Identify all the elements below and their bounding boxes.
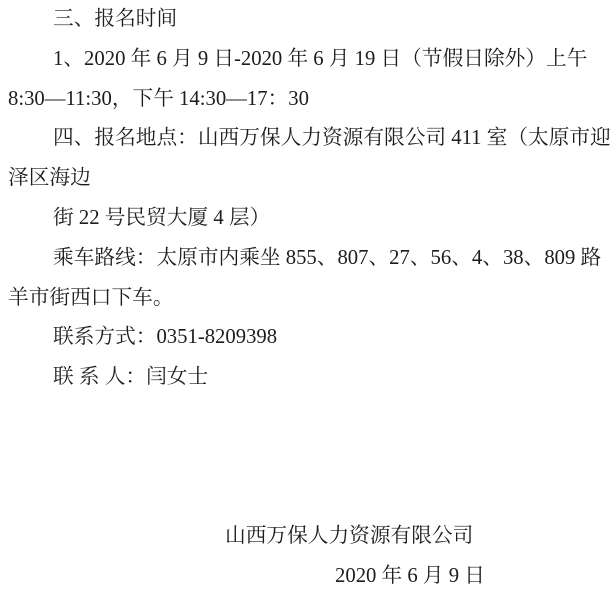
line-bus-route-1: 乘车路线：太原市内乘坐 855、807、27、56、4、38、809 路	[0, 239, 615, 279]
signature-date: 2020 年 6 月 9 日	[0, 557, 615, 592]
line-heading-registration-location: 四、报名地点：山西万保人力资源有限公司 411 室（太原市迎	[0, 119, 615, 159]
line-registration-time-detail-1: 1、2020 年 6 月 9 日-2020 年 6 月 19 日（节假日除外）上…	[0, 40, 615, 80]
line-bus-route-2: 羊市街西口下车。	[0, 279, 615, 319]
line-location-wrap-1: 泽区海边	[0, 159, 615, 199]
blank-space	[0, 398, 615, 517]
line-contact-phone: 联系方式：0351-8209398	[0, 318, 615, 358]
document-page: 三、报名时间 1、2020 年 6 月 9 日-2020 年 6 月 19 日（…	[0, 0, 615, 592]
line-location-wrap-2: 街 22 号民贸大厦 4 层）	[0, 199, 615, 239]
signature-company: 山西万保人力资源有限公司	[0, 517, 615, 557]
line-contact-person: 联 系 人：闫女士	[0, 358, 615, 398]
line-heading-registration-time: 三、报名时间	[0, 0, 615, 40]
line-registration-time-detail-2: 8:30—11:30，下午 14:30—17：30	[0, 80, 615, 120]
